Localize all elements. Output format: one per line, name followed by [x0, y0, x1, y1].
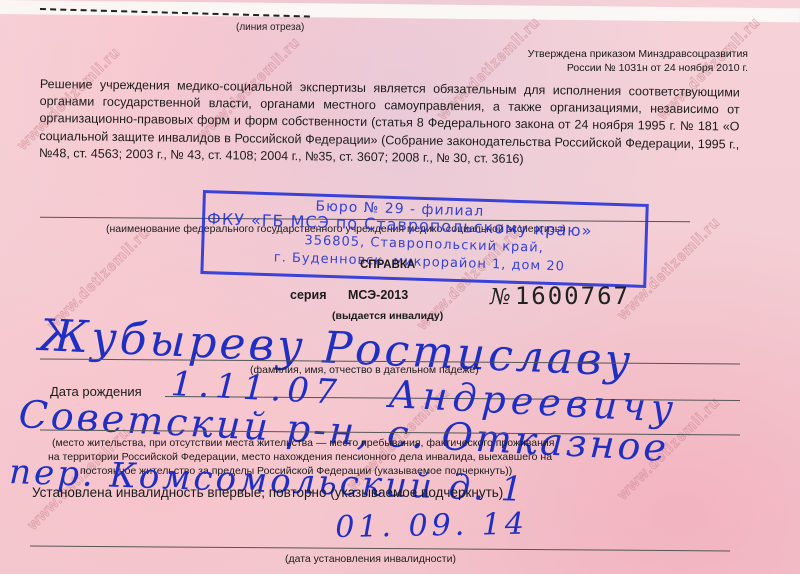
certificate-number: №1600767	[490, 282, 630, 310]
issued-to-note: (выдается инвалиду)	[332, 310, 443, 322]
approval-line-1: Утверждена приказом Минздравсоцразвития	[528, 47, 748, 61]
disability-date-caption: (дата установления инвалидности)	[285, 553, 456, 565]
series: серия МСЭ-2013	[290, 288, 408, 302]
institution-stamp: Бюро № 29 - филиал ФКУ «ГБ МСЭ по Ставро…	[200, 190, 648, 288]
approval-line-2: России № 1031н от 24 ноября 2010 г.	[528, 61, 748, 75]
legal-paragraph: Решение учреждения медико-социальной экс…	[39, 76, 740, 171]
series-label: серия	[290, 288, 327, 302]
series-value: МСЭ-2013	[348, 288, 408, 302]
number-sign: №	[490, 285, 511, 310]
number-value: 1600767	[515, 282, 630, 310]
approval-note: Утверждена приказом Минздравсоцразвития …	[528, 47, 748, 75]
handwritten-disability-date: 01. 09. 14	[335, 507, 528, 545]
disability-label: Установлена инвалидность впервые, повтор…	[32, 485, 503, 500]
document-title: СПРАВКА	[360, 259, 415, 271]
cut-line-label: (линия отреза)	[236, 22, 304, 33]
address-caption-1: (место жительства, при отсутствии места …	[52, 437, 554, 449]
